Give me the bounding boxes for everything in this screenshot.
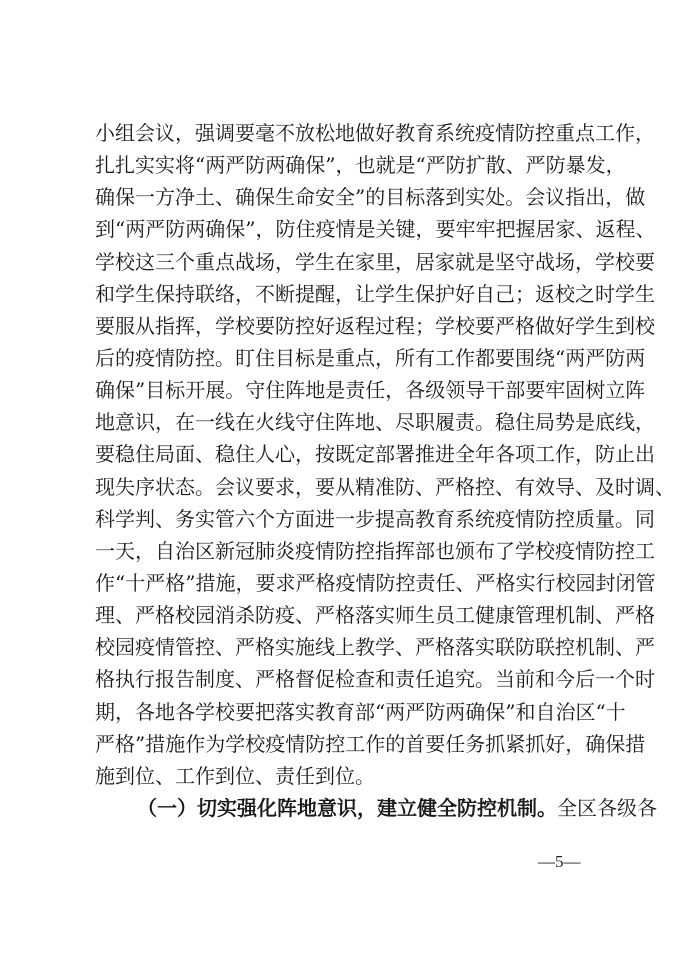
text-line: 扎扎实实将“两严防两确保”，也就是“严防扩散、严防暴发， bbox=[95, 149, 600, 181]
text-line: 地意识，在一线在火线守住阵地、尽职履责。稳住局势是底线， bbox=[95, 406, 600, 438]
text-line: 严格”措施作为学校疫情防控工作的首要任务抓紧抓好，确保措 bbox=[95, 728, 600, 760]
text-line: 施到位、工作到位、责任到位。 bbox=[95, 760, 600, 792]
text-line: 小组会议，强调要毫不放松地做好教育系统疫情防控重点工作， bbox=[95, 117, 600, 149]
text-line: 学校这三个重点战场，学生在家里，居家就是坚守战场，学校要 bbox=[95, 246, 600, 278]
text-line: 和学生保持联络，不断提醒，让学生保护好自己；返校之时学生 bbox=[95, 278, 600, 310]
text-line: 一天，自治区新冠肺炎疫情防控指挥部也颁布了学校疫情防控工 bbox=[95, 535, 600, 567]
text-line: 到“两严防两确保”，防住疫情是关键，要牢牢把握居家、返程、 bbox=[95, 213, 600, 245]
text-line: 科学判、务实管六个方面进一步提高教育系统疫情防控质量。同 bbox=[95, 503, 600, 535]
section-heading: （一）切实强化阵地意识，建立健全防控机制。 bbox=[137, 796, 557, 820]
section-heading-line: （一）切实强化阵地意识，建立健全防控机制。全区各级各 bbox=[95, 792, 600, 824]
text-line: 格执行报告制度、严格督促检查和责任追究。当前和今后一个时 bbox=[95, 663, 600, 695]
text-line: 理、严格校园消杀防疫、严格落实师生员工健康管理机制、严格 bbox=[95, 599, 600, 631]
text-line: 确保”目标开展。守住阵地是责任，各级领导干部要牢固树立阵 bbox=[95, 374, 600, 406]
text-line: 期，各地各学校要把落实教育部“两严防两确保”和自治区“十 bbox=[95, 696, 600, 728]
section-text: 全区各级各 bbox=[557, 796, 657, 820]
text-line: 确保一方净土、确保生命安全”的目标落到实处。会议指出，做 bbox=[95, 181, 600, 213]
document-body: 小组会议，强调要毫不放松地做好教育系统疫情防控重点工作， 扎扎实实将“两严防两确… bbox=[95, 117, 600, 824]
text-line: 作“十严格”措施，要求严格疫情防控责任、严格实行校园封闭管 bbox=[95, 567, 600, 599]
text-line: 现失序状态。会议要求，要从精准防、严格控、有效导、及时调、 bbox=[95, 471, 600, 503]
text-line: 后的疫情防控。盯住目标是重点，所有工作都要围绕“两严防两 bbox=[95, 342, 600, 374]
page-number: —5— bbox=[538, 852, 581, 872]
text-line: 要稳住局面、稳住人心，按既定部署推进全年各项工作，防止出 bbox=[95, 438, 600, 470]
document-page: 小组会议，强调要毫不放松地做好教育系统疫情防控重点工作， 扎扎实实将“两严防两确… bbox=[0, 0, 680, 961]
text-line: 要服从指挥，学校要防控好返程过程；学校要严格做好学生到校 bbox=[95, 310, 600, 342]
text-line: 校园疫情管控、严格实施线上教学、严格落实联防联控机制、严 bbox=[95, 631, 600, 663]
